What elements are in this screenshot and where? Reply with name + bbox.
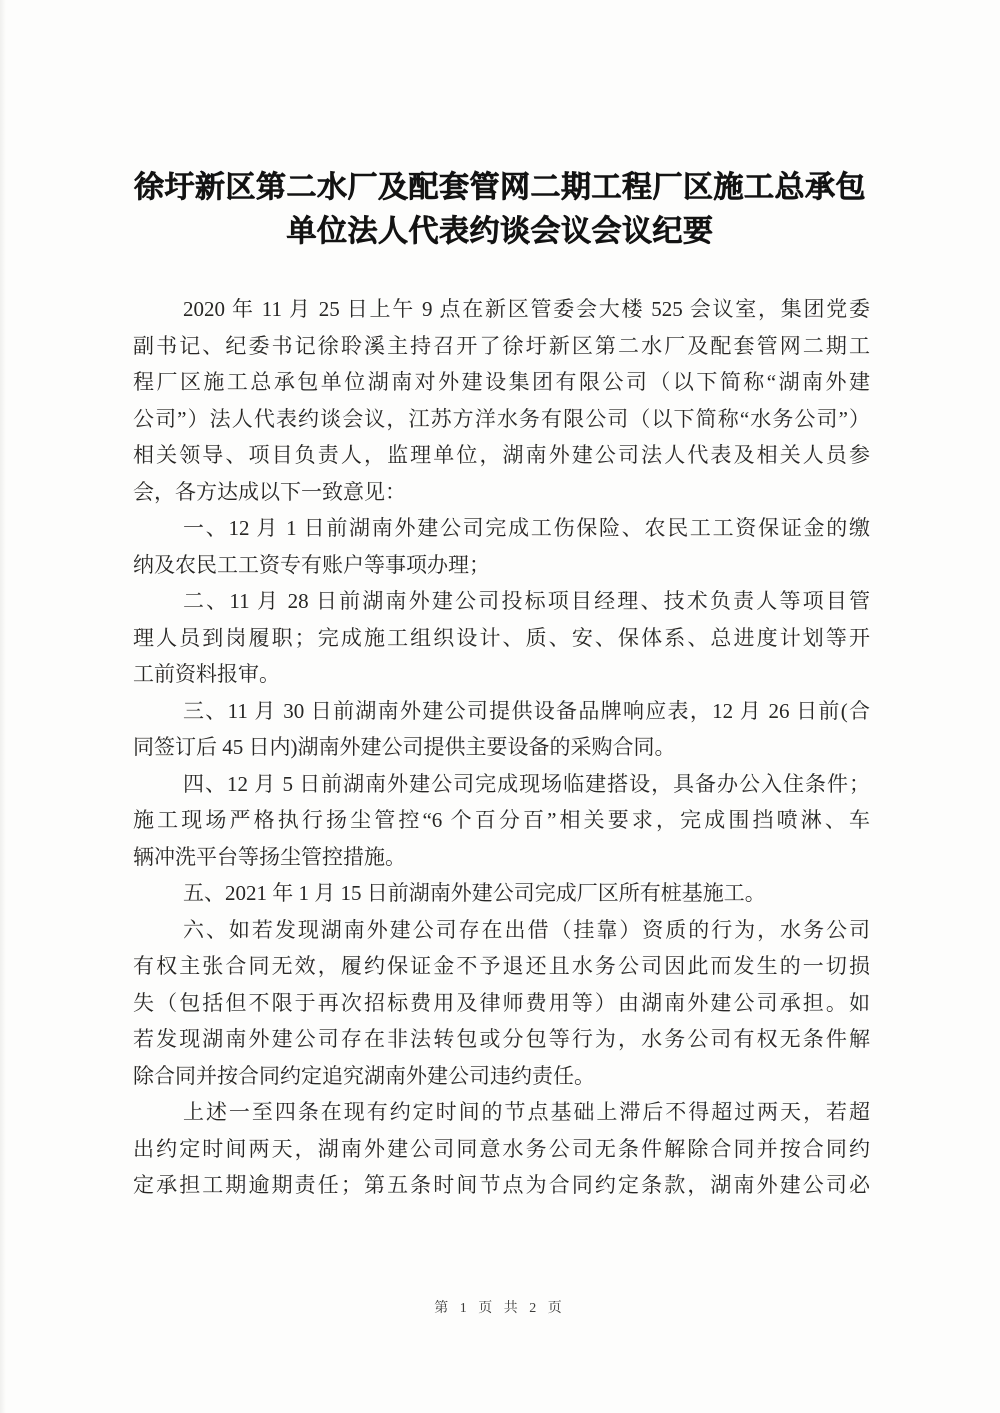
body-line: 四、12 月 5 日前湖南外建公司完成现场临建搭设，具备办公入住条件； (133, 766, 870, 803)
body-line: 有权主张合同无效，履约保证金不予退还且水务公司因此而发生的一切损 (133, 948, 870, 985)
body-line: 三、11 月 30 日前湖南外建公司提供设备品牌响应表，12 月 26 日前(合 (133, 693, 870, 730)
title-line-1: 徐圩新区第二水厂及配套管网二期工程厂区施工总承包 (0, 166, 1000, 210)
page-number: 第 1 页 共 2 页 (434, 1301, 566, 1316)
body-line: 公司”）法人代表约谈会议，江苏方洋水务有限公司（以下简称“水务公司”） (133, 401, 870, 438)
title-line-2: 单位法人代表约谈会议会议纪要 (0, 210, 1000, 254)
document-body: 2020 年 11 月 25 日上午 9 点在新区管委会大楼 525 会议室，集… (133, 291, 870, 1204)
body-line: 副书记、纪委书记徐聆溪主持召开了徐圩新区第二水厂及配套管网二期工 (133, 328, 870, 365)
body-line: 若发现湖南外建公司存在非法转包或分包等行为，水务公司有权无条件解 (133, 1021, 870, 1058)
body-line: 施工现场严格执行扬尘管控“6 个百分百”相关要求，完成围挡喷淋、车 (133, 802, 870, 839)
body-line: 会，各方达成以下一致意见： (133, 474, 870, 511)
body-line: 五、2021 年 1 月 15 日前湖南外建公司完成厂区所有桩基施工。 (133, 875, 870, 912)
body-line: 程厂区施工总承包单位湖南对外建设集团有限公司（以下简称“湖南外建 (133, 364, 870, 401)
body-line: 理人员到岗履职；完成施工组织设计、质、安、保体系、总进度计划等开 (133, 620, 870, 657)
document-title: 徐圩新区第二水厂及配套管网二期工程厂区施工总承包 单位法人代表约谈会议会议纪要 (0, 166, 1000, 254)
body-line: 除合同并按合同约定追究湖南外建公司违约责任。 (133, 1058, 870, 1095)
body-line: 同签订后 45 日内)湖南外建公司提供主要设备的采购合同。 (133, 729, 870, 766)
body-line: 相关领导、项目负责人，监理单位，湖南外建公司法人代表及相关人员参 (133, 437, 870, 474)
body-line: 出约定时间两天，湖南外建公司同意水务公司无条件解除合同并按合同约 (133, 1131, 870, 1168)
body-line: 定承担工期逾期责任；第五条时间节点为合同约定条款，湖南外建公司必 (133, 1167, 870, 1204)
body-line: 2020 年 11 月 25 日上午 9 点在新区管委会大楼 525 会议室，集… (133, 291, 870, 328)
body-line: 纳及农民工工资专有账户等事项办理； (133, 547, 870, 584)
page-footer: 第 1 页 共 2 页 (0, 1297, 1000, 1317)
body-line: 失（包括但不限于再次招标费用及律师费用等）由湖南外建公司承担。如 (133, 985, 870, 1022)
body-line: 工前资料报审。 (133, 656, 870, 693)
body-line: 辆冲洗平台等扬尘管控措施。 (133, 839, 870, 876)
scanned-document-page: 徐圩新区第二水厂及配套管网二期工程厂区施工总承包 单位法人代表约谈会议会议纪要 … (0, 0, 1000, 1413)
body-line: 上述一至四条在现有约定时间的节点基础上滞后不得超过两天，若超 (133, 1094, 870, 1131)
body-line: 六、如若发现湖南外建公司存在出借（挂靠）资质的行为，水务公司 (133, 912, 870, 949)
body-line: 二、11 月 28 日前湖南外建公司投标项目经理、技术负责人等项目管 (133, 583, 870, 620)
body-line: 一、12 月 1 日前湖南外建公司完成工伤保险、农民工工资保证金的缴 (133, 510, 870, 547)
